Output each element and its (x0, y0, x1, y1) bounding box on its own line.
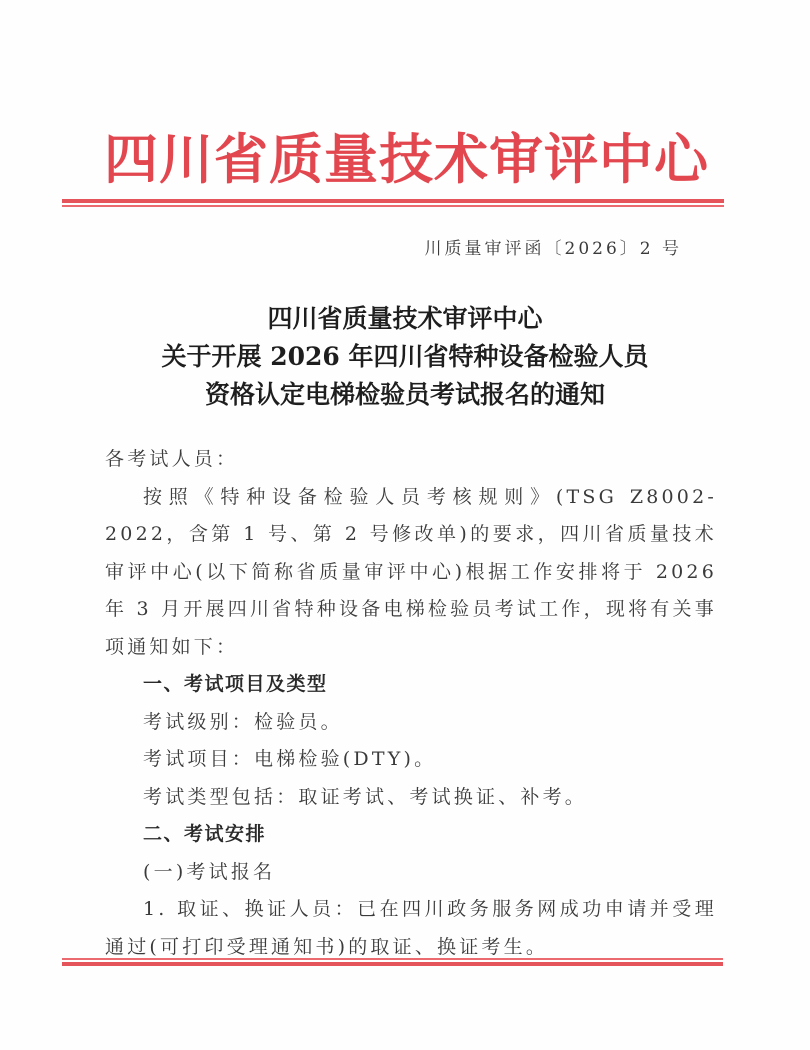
exam-level: 考试级别：检验员。 (105, 704, 717, 742)
document-body: 各考试人员： 按照《特种设备检验人员考核规则》(TSG Z8002-2022，含… (105, 441, 717, 966)
document-title: 四川省质量技术审评中心 关于开展 2026 年四川省特种设备检验人员 资格认定电… (60, 300, 750, 414)
letterhead-rule-thin (62, 205, 724, 207)
exam-subject: 考试项目：电梯检验(DTY)。 (105, 741, 717, 779)
letterhead-rule-thick (62, 199, 724, 203)
footer-rule-thick (62, 962, 723, 966)
exam-types: 考试类型包括：取证考试、考试换证、补考。 (105, 779, 717, 817)
document-page: 四川省质量技术审评中心 川质量审评函〔2026〕2 号 四川省质量技术审评中心 … (0, 0, 810, 1050)
footer-rule-thin (62, 958, 723, 960)
section-1-heading: 一、考试项目及类型 (105, 666, 717, 704)
registration-item-1: 1. 取证、换证人员：已在四川政务服务网成功申请并受理通过(可打印受理通知书)的… (105, 891, 717, 966)
letterhead-org-name: 四川省质量技术审评中心 (104, 126, 684, 192)
salutation: 各考试人员： (105, 441, 717, 479)
document-number: 川质量审评函〔2026〕2 号 (425, 234, 682, 259)
title-line-1: 四川省质量技术审评中心 (60, 300, 750, 338)
section-2-subheading: (一)考试报名 (105, 854, 717, 892)
title-line-2: 关于开展 2026 年四川省特种设备检验人员 (60, 338, 750, 376)
intro-paragraph: 按照《特种设备检验人员考核规则》(TSG Z8002-2022，含第 1 号、第… (105, 479, 717, 667)
section-2-heading: 二、考试安排 (105, 816, 717, 854)
title-line-3: 资格认定电梯检验员考试报名的通知 (60, 376, 750, 414)
